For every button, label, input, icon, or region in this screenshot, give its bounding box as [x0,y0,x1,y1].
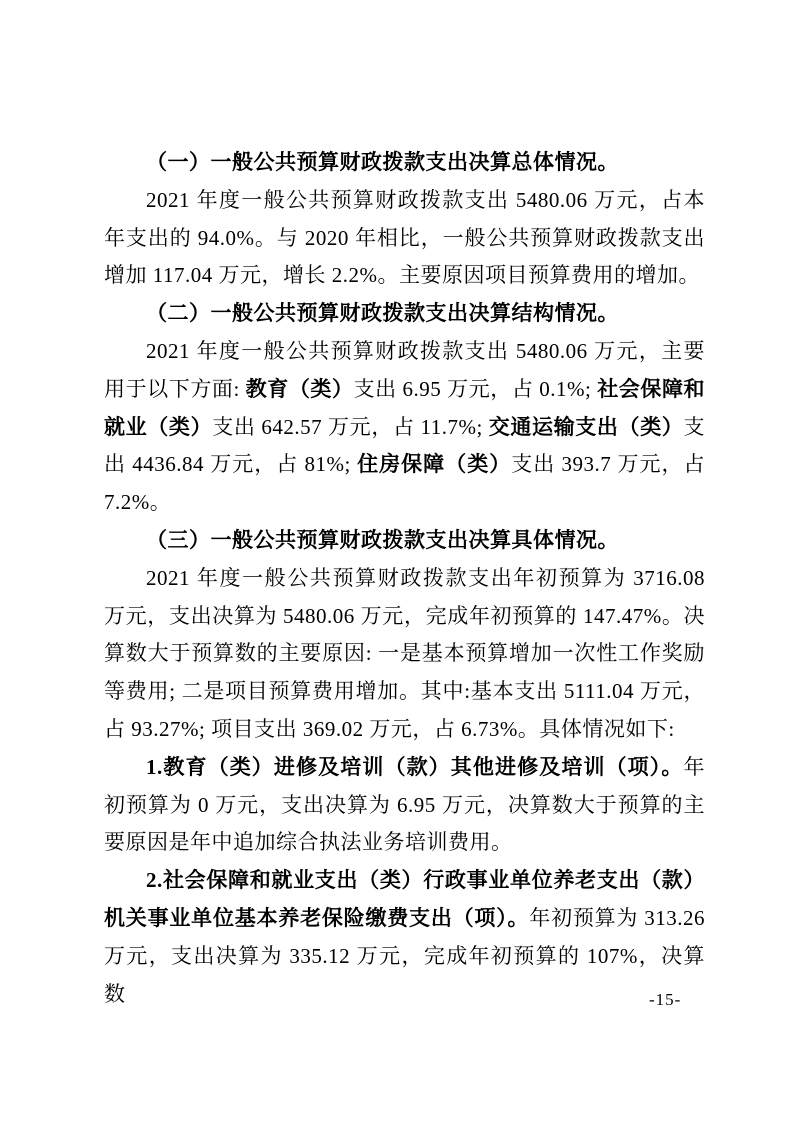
paragraph-item-1: 1.教育（类）进修及培训（款）其他进修及培训（项）。年初预算为 0 万元，支出决… [104,749,705,862]
paragraph-detail-intro: 2021 年度一般公共预算财政拨款支出年初预算为 3716.08 万元，支出决算… [104,560,705,749]
page-number: -15- [649,988,681,1012]
paragraph-item-2: 2.社会保障和就业支出（类）行政事业单位养老支出（款）机关事业单位基本养老保险缴… [104,862,705,1013]
document-content: （一）一般公共预算财政拨款支出决算总体情况。 2021 年度一般公共预算财政拨款… [104,144,705,1013]
text-segment: 支出 6.95 万元，占 0.1%; [354,377,598,401]
section-heading-1: （一）一般公共预算财政拨款支出决算总体情况。 [104,144,705,182]
text-segment-bold: 交通运输支出（类） [489,415,684,439]
paragraph-overview: 2021 年度一般公共预算财政拨款支出 5480.06 万元，占本年支出的 94… [104,182,705,295]
text-segment-bold: 住房保障（类） [357,452,511,476]
paragraph-structure: 2021 年度一般公共预算财政拨款支出 5480.06 万元，主要用于以下方面:… [104,333,705,522]
text-segment-bold: 1.教育（类）进修及培训（款）其他进修及培训（项）。 [146,755,684,779]
text-segment: 2021 年度一般公共预算财政拨款支出 5480.06 万元，占本年支出的 94… [104,188,705,288]
text-segment: 2021 年度一般公共预算财政拨款支出年初预算为 3716.08 万元，支出决算… [104,566,705,741]
text-segment-bold: 教育（类） [246,377,354,401]
section-heading-2: （二）一般公共预算财政拨款支出决算结构情况。 [104,295,705,333]
section-heading-3: （三）一般公共预算财政拨款支出决算具体情况。 [104,522,705,560]
document-page: （一）一般公共预算财政拨款支出决算总体情况。 2021 年度一般公共预算财政拨款… [0,0,793,1122]
text-segment: 支出 642.57 万元，占 11.7%; [212,415,488,439]
